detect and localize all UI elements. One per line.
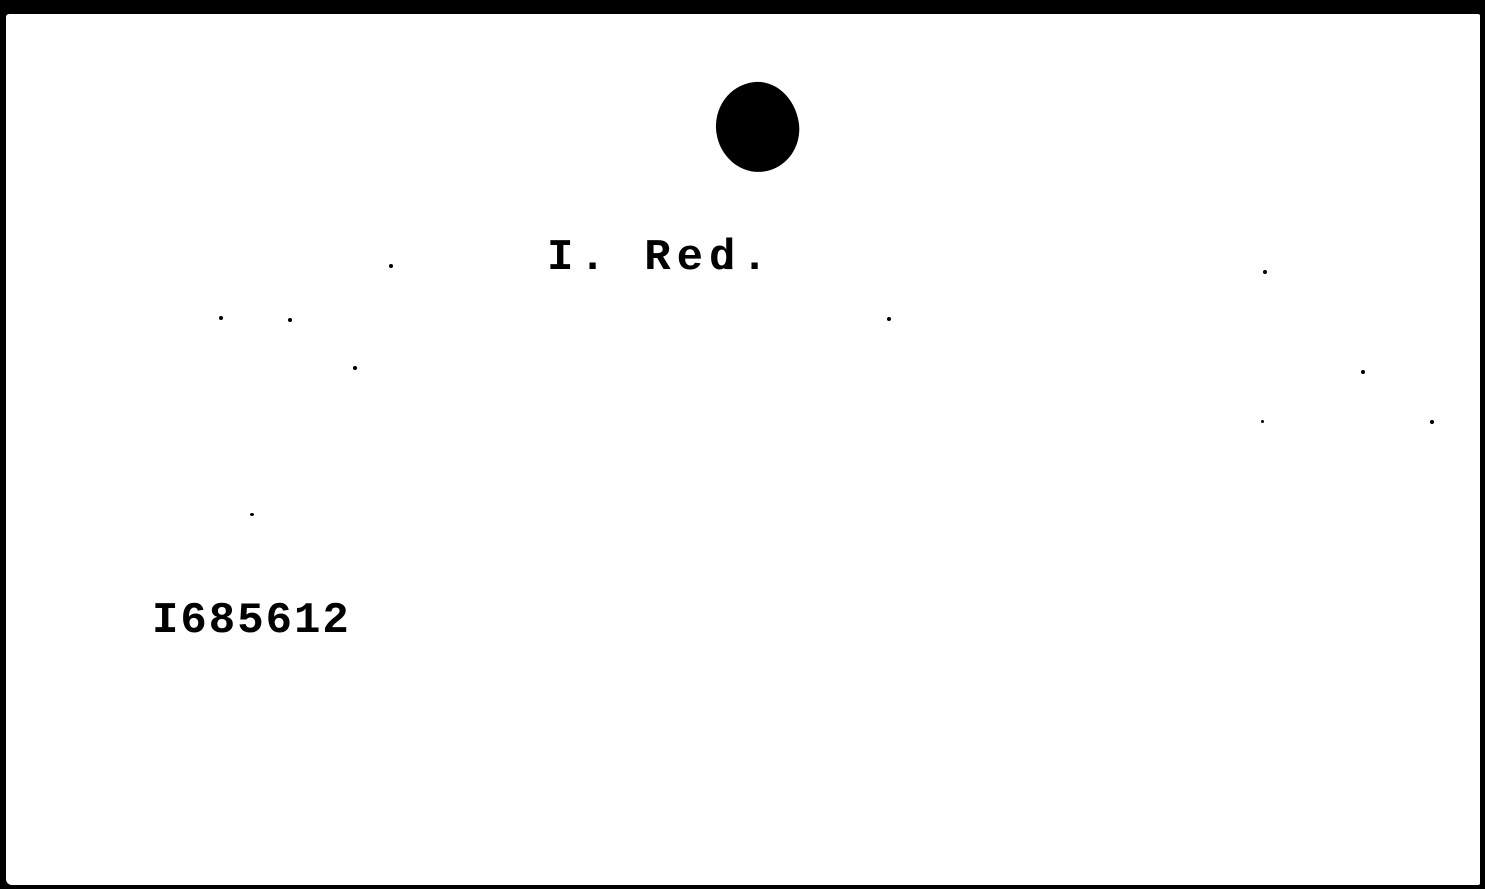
speck	[1430, 420, 1434, 424]
speck	[288, 318, 292, 322]
speck	[887, 317, 891, 321]
speck	[250, 513, 254, 516]
punch-hole	[710, 77, 805, 178]
speck	[724, 266, 727, 269]
speck	[389, 264, 393, 268]
card-heading: I. Red.	[547, 236, 774, 280]
speck	[1263, 270, 1267, 274]
index-card: I. Red. I685612	[6, 14, 1480, 885]
card-number: I685612	[152, 599, 351, 643]
speck	[1261, 420, 1264, 423]
scanned-card-image: I. Red. I685612	[0, 0, 1485, 889]
speck	[219, 316, 223, 320]
speck	[1361, 370, 1365, 374]
speck	[353, 366, 357, 370]
